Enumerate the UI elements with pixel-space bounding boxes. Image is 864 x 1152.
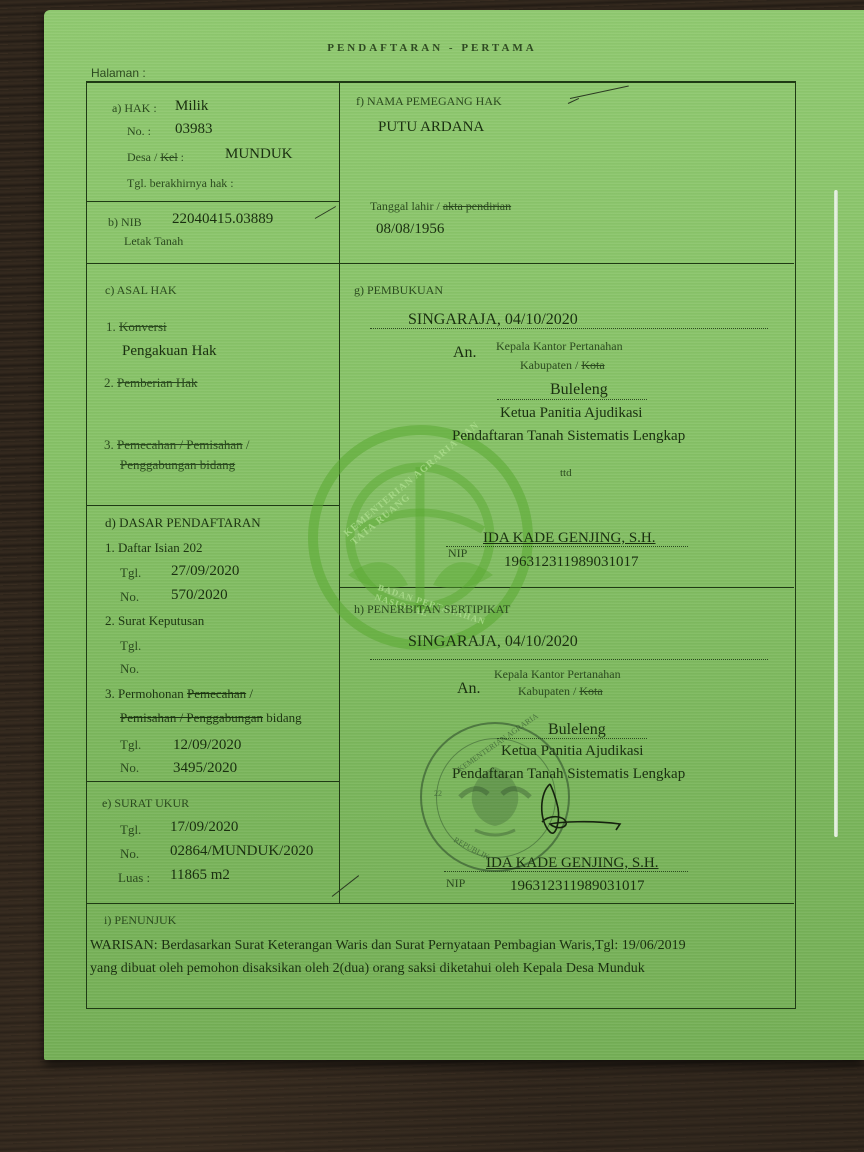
g-an-label: An. xyxy=(453,344,477,362)
h-an-label: An. xyxy=(457,680,481,698)
h-name-line xyxy=(444,871,688,872)
divider-g-h xyxy=(340,587,794,588)
h-place-date: SINGARAJA, 04/10/2020 xyxy=(408,633,578,651)
document-title: PENDAFTARAN - PERTAMA xyxy=(0,42,864,54)
surat-keputusan-label: 2. Surat Keputusan xyxy=(105,613,204,629)
divider-row-i xyxy=(87,903,794,904)
birth-date: 08/08/1956 xyxy=(376,221,444,238)
divider-d-e xyxy=(87,781,340,782)
d2-tgl-label: Tgl. xyxy=(120,638,141,654)
permohonan-label: 3. Permohonan Pemecahan / xyxy=(105,686,253,702)
asal-item-3-line2: Penggabungan bidang xyxy=(120,457,235,473)
nib-value: 22040415.03889 xyxy=(172,211,273,228)
g-office-line2: Kabupaten / Kota xyxy=(520,358,605,373)
su-no-value: 02864/MUNDUK/2020 xyxy=(170,843,313,860)
d3-tgl-label: Tgl. xyxy=(120,737,141,753)
penunjuk-line1: WARISAN: Berdasarkan Surat Keterangan Wa… xyxy=(90,938,686,954)
h-official-name: IDA KADE GENJING, S.H. xyxy=(486,855,659,872)
nama-pemegang-label: f) NAMA PEMEGANG HAK xyxy=(356,94,502,109)
d1-no-label: No. xyxy=(120,589,139,605)
holder-name: PUTU ARDANA xyxy=(378,119,484,136)
h-office-line2: Kabupaten / Kota xyxy=(518,684,603,699)
luas-label: Luas : xyxy=(118,870,150,886)
divider-c-d xyxy=(87,505,340,506)
g-office-line1: Kepala Kantor Pertanahan xyxy=(496,339,623,354)
hak-label: a) HAK : xyxy=(112,101,157,116)
h-nip-label: NIP xyxy=(446,876,465,891)
tanggal-lahir-label: Tanggal lahir / akta pendirian xyxy=(370,199,511,214)
h-office-line1: Kepala Kantor Pertanahan xyxy=(494,667,621,682)
g-official-name: IDA KADE GENJING, S.H. xyxy=(483,530,656,547)
su-tgl-label: Tgl. xyxy=(120,822,141,838)
desa-value: MUNDUK xyxy=(225,146,293,163)
su-no-label: No. xyxy=(120,846,139,862)
surat-ukur-label: e) SURAT UKUR xyxy=(102,796,189,811)
hak-value: Milik xyxy=(175,98,208,115)
g-nip-value: 196312311989031017 xyxy=(504,554,638,571)
d1-no-value: 570/2020 xyxy=(171,587,228,604)
permohonan-label-line2: Pemisahan / Penggabungan bidang xyxy=(120,710,302,726)
nib-label: b) NIB xyxy=(108,215,142,230)
h-date-line xyxy=(370,659,768,660)
hak-no-value: 03983 xyxy=(175,121,213,138)
g-name-line xyxy=(446,546,688,547)
d3-no-label: No. xyxy=(120,760,139,776)
d2-no-label: No. xyxy=(120,661,139,677)
asal-hak-value: Pengakuan Hak xyxy=(122,343,217,360)
page-number-label: Halaman : xyxy=(91,66,146,80)
d3-tgl-value: 12/09/2020 xyxy=(173,737,241,754)
binding-thread-lower xyxy=(834,515,838,837)
g-place-date: SINGARAJA, 04/10/2020 xyxy=(408,311,578,329)
penunjuk-line2: yang dibuat oleh pemohon disaksikan oleh… xyxy=(90,961,645,977)
daftar-isian-label: 1. Daftar Isian 202 xyxy=(105,540,202,556)
penunjuk-label: i) PENUNJUK xyxy=(104,913,176,928)
g-regency: Buleleng xyxy=(550,381,608,399)
asal-item-3: 3. Pemecahan / Pemisahan / xyxy=(104,437,250,453)
asal-item-2: 2. Pemberian Hak xyxy=(104,375,198,391)
divider-a-b xyxy=(87,201,340,202)
tgl-berakhir-label: Tgl. berakhirnya hak : xyxy=(127,176,234,191)
pembukuan-label: g) PEMBUKUAN xyxy=(354,283,443,298)
penerbitan-label: h) PENERBITAN SERTIPIKAT xyxy=(354,602,510,617)
signature xyxy=(520,780,630,840)
desa-label: Desa / Kel : xyxy=(127,150,184,165)
h-nip-value: 196312311989031017 xyxy=(510,878,644,895)
g-nip-label: NIP xyxy=(448,546,467,561)
d3-no-value: 3495/2020 xyxy=(173,760,237,777)
divider-row1 xyxy=(87,263,794,264)
letak-tanah-label: Letak Tanah xyxy=(124,234,183,249)
hak-no-label: No. : xyxy=(127,124,151,139)
g-role-line1: Ketua Panitia Ajudikasi xyxy=(500,405,642,422)
asal-item-1: 1. Konversi xyxy=(106,319,167,335)
dasar-pendaftaran-label: d) DASAR PENDAFTARAN xyxy=(105,515,261,531)
h-role-line1: Ketua Panitia Ajudikasi xyxy=(501,743,643,760)
d1-tgl-value: 27/09/2020 xyxy=(171,563,239,580)
luas-value: 11865 m2 xyxy=(170,867,230,884)
g-date-line xyxy=(370,328,768,329)
g-role-line2: Pendaftaran Tanah Sistematis Lengkap xyxy=(452,428,685,445)
g-ttd: ttd xyxy=(560,467,572,479)
g-regency-line xyxy=(497,399,647,400)
binding-thread-upper xyxy=(834,190,838,520)
su-tgl-value: 17/09/2020 xyxy=(170,819,238,836)
seal-number: 22 xyxy=(434,789,442,798)
asal-hak-label: c) ASAL HAK xyxy=(105,283,177,298)
d1-tgl-label: Tgl. xyxy=(120,565,141,581)
